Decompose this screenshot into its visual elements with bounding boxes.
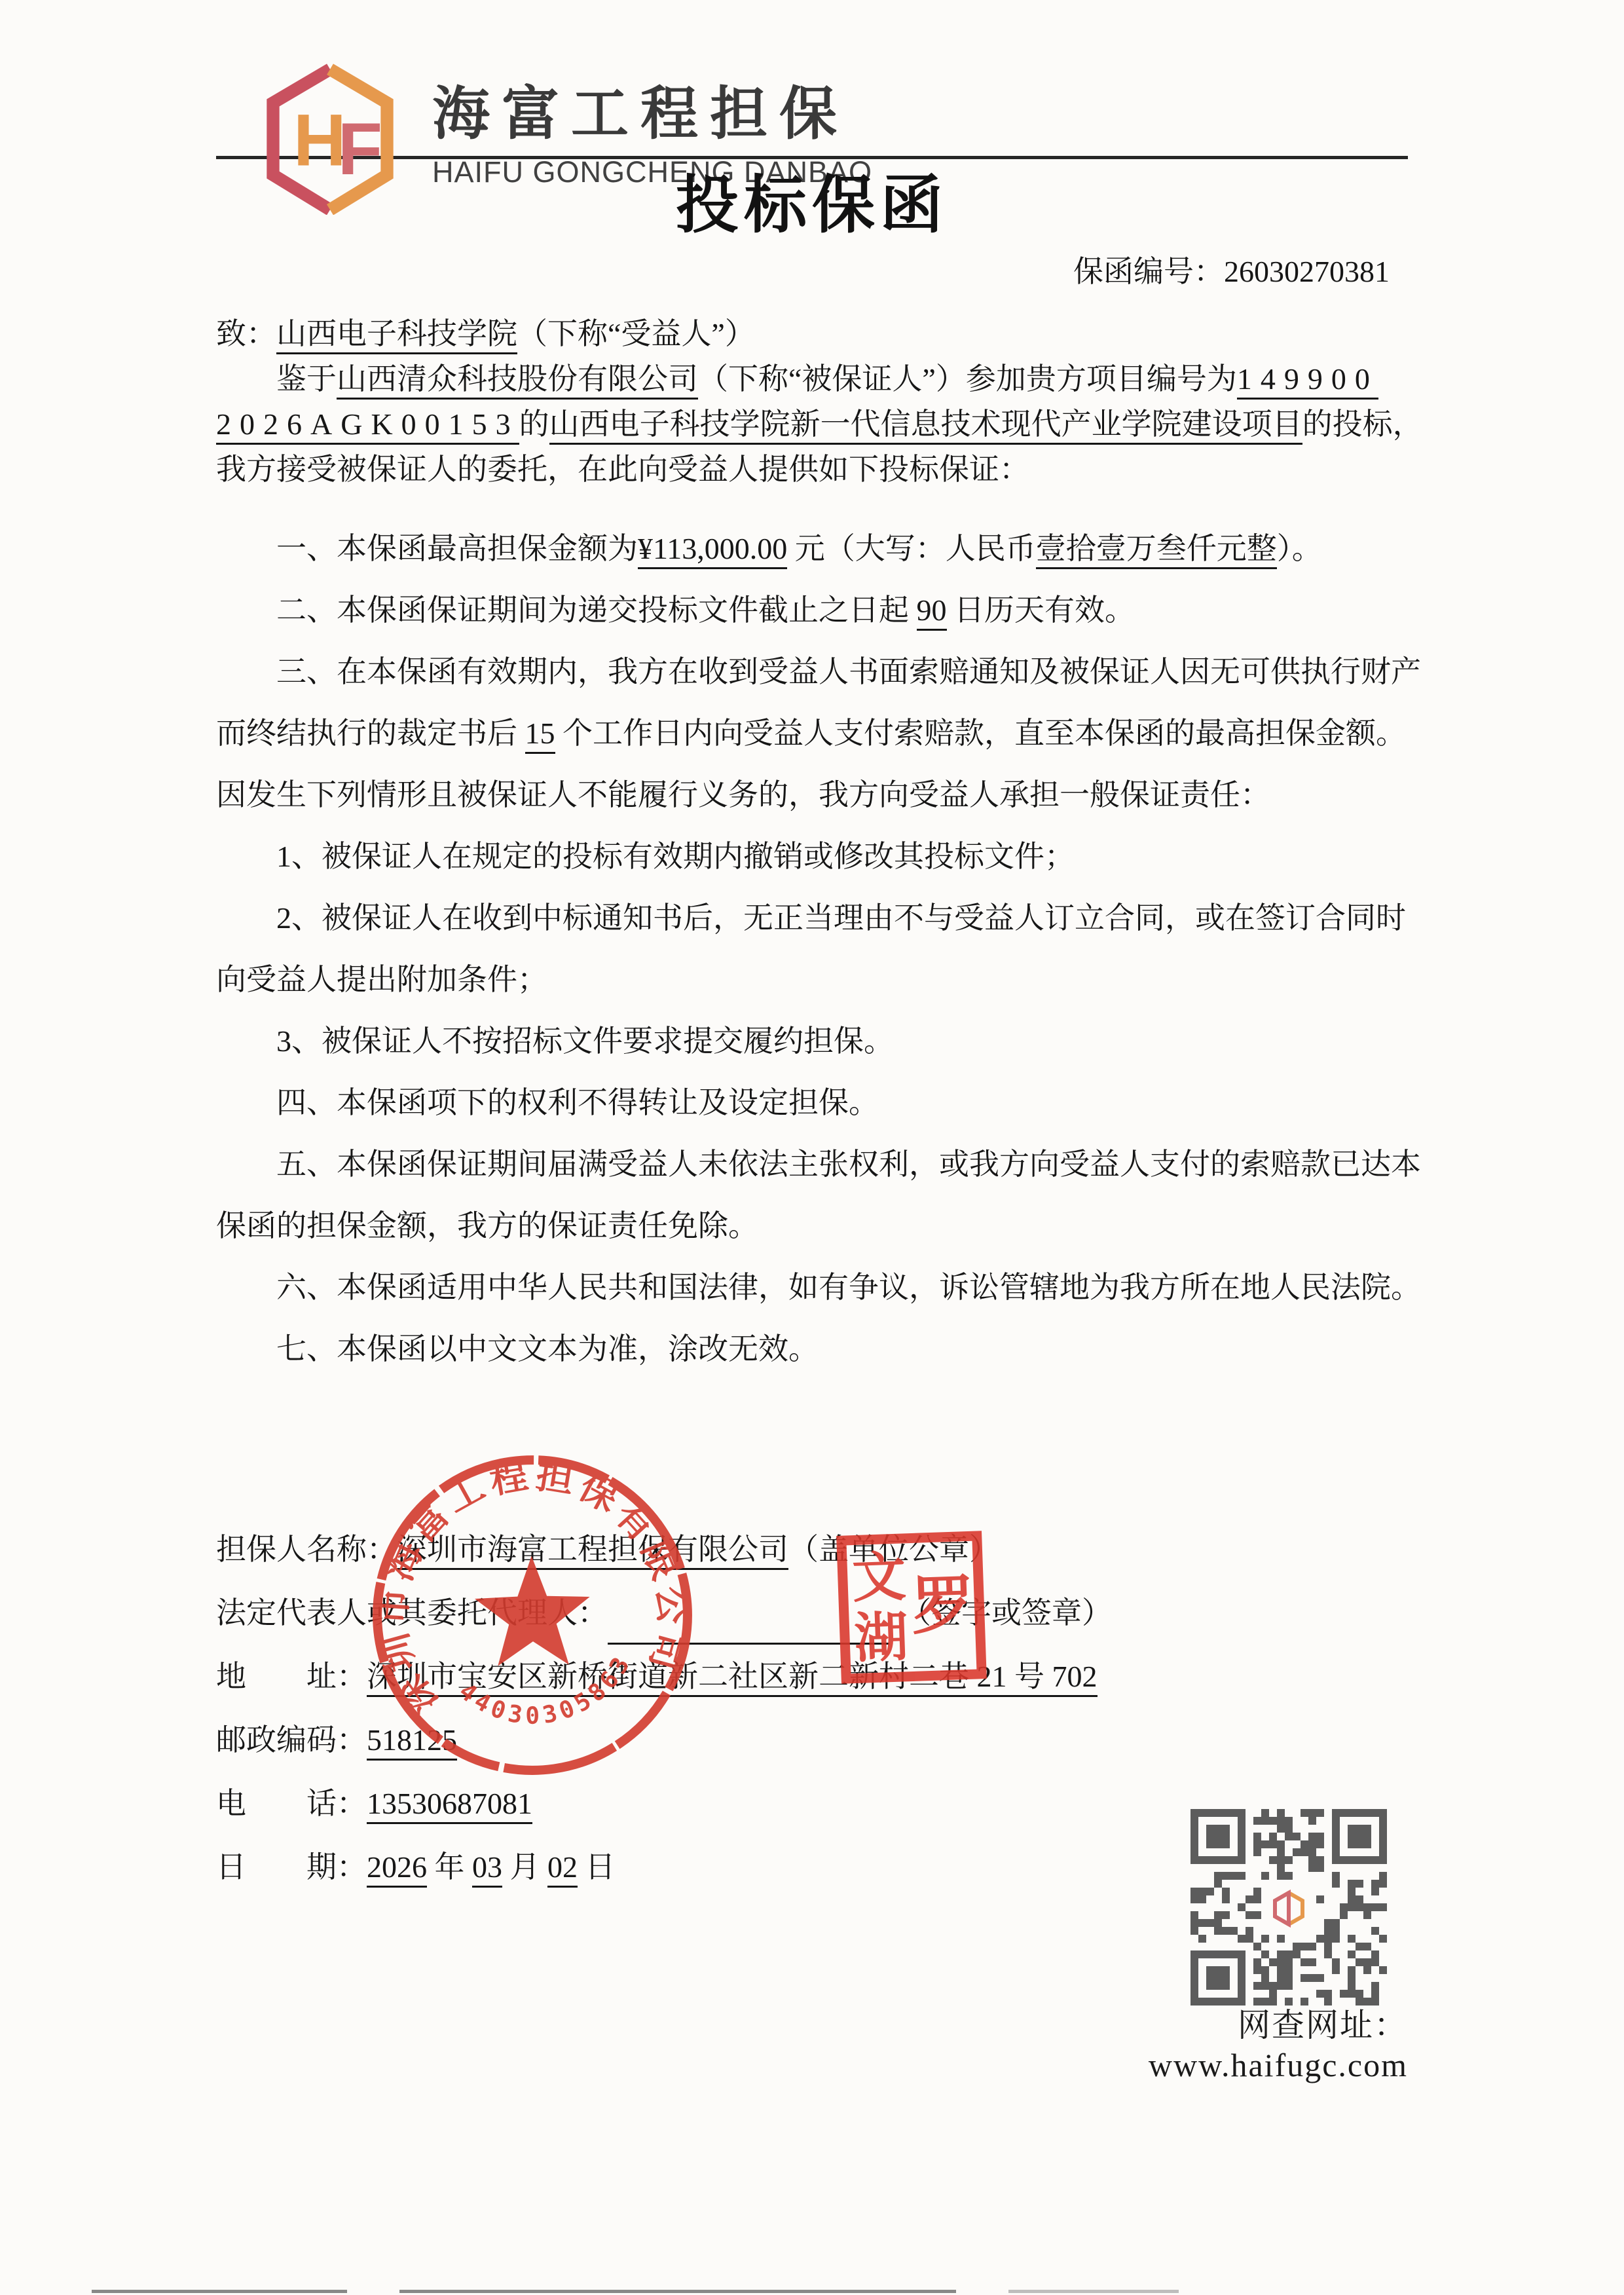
company-round-seal: 深圳市海富工程担保有限公司 44030305863 bbox=[339, 1422, 726, 1808]
document-line: 向受益人提出附加条件； bbox=[216, 949, 1408, 1011]
filled-in-value: 山西清众科技股份有限公司 bbox=[337, 362, 698, 400]
static-text: 四、本保函项下的权利不得转让及设定担保。 bbox=[276, 1086, 879, 1119]
static-text: 致： bbox=[216, 317, 276, 350]
static-text: 的投标， bbox=[1302, 407, 1423, 441]
static-text: 月 bbox=[502, 1850, 547, 1884]
logo-letter-f: F bbox=[338, 107, 383, 190]
filled-in-value: 02 bbox=[547, 1850, 578, 1888]
static-text: ）。 bbox=[1277, 532, 1322, 565]
field-label: 日 期： bbox=[216, 1850, 367, 1884]
field-label: 邮政编码： bbox=[216, 1723, 367, 1757]
seal-char: 湖 bbox=[853, 1611, 909, 1666]
static-text: 2、被保证人在收到中标通知书后，无正当理由不与受益人订立合同，或在签订合同时 bbox=[276, 901, 1406, 935]
static-text: 个工作日内向受益人支付索赔款，直至本保函的最高担保金额。 bbox=[555, 717, 1407, 750]
letterhead: H F 海富工程担保 HAIFU GONGCHENG DANBAO bbox=[254, 0, 1408, 156]
document-line: 2026AGK00153的山西电子科技学院新一代信息技术现代产业学院建设项目的投… bbox=[216, 401, 1408, 447]
filled-in-value: 15 bbox=[525, 717, 555, 754]
filled-in-value: 03 bbox=[472, 1850, 502, 1888]
document-line: 1、被保证人在规定的投标有效期内撤销或修改其投标文件； bbox=[216, 826, 1408, 887]
static-text: 的 bbox=[519, 407, 549, 441]
scan-edge-artifact bbox=[92, 2290, 347, 2293]
static-text: 保函的担保金额，我方的保证责任免除。 bbox=[216, 1209, 758, 1242]
static-text: 日 bbox=[578, 1850, 616, 1884]
seal-serial-number: 44030305863 bbox=[450, 1645, 644, 1741]
filled-in-value: 壹拾壹万叁仟元整 bbox=[1036, 532, 1277, 569]
guarantee-number: 保函编号：26030270381 bbox=[216, 253, 1408, 290]
seal-char-column-right: 罗 bbox=[910, 1541, 977, 1671]
document-line: 一、本保函最高担保金额为¥113,000.00 元（大写：人民币壹拾壹万叁仟元整… bbox=[216, 518, 1408, 580]
filled-in-value: 2026AGK00153 bbox=[216, 407, 519, 445]
static-text: 而终结执行的裁定书后 bbox=[216, 717, 525, 750]
static-text: 元（大写：人民币 bbox=[787, 532, 1036, 565]
document-line: 因发生下列情形且被保证人不能履行义务的，我方向受益人承担一般保证责任： bbox=[216, 764, 1408, 826]
static-text: 1、被保证人在规定的投标有效期内撤销或修改其投标文件； bbox=[276, 840, 1075, 873]
static-text: 五、本保函保证期间届满受益人未依法主张权利，或我方向受益人支付的索赔款已达本 bbox=[276, 1147, 1421, 1181]
document-line: 五、本保函保证期间届满受益人未依法主张权利，或我方向受益人支付的索赔款已达本 bbox=[216, 1134, 1408, 1195]
filled-in-value: ¥113,000.00 bbox=[638, 532, 787, 569]
static-text: 向受益人提出附加条件； bbox=[216, 963, 547, 996]
document-line: 而终结执行的裁定书后 15 个工作日内向受益人支付索赔款，直至本保函的最高担保金… bbox=[216, 703, 1408, 764]
document-line: 我方接受被保证人的委托，在此向受益人提供如下投标保证： bbox=[216, 447, 1408, 492]
field-label: 地 址： bbox=[216, 1660, 367, 1693]
document-line: 三、在本保函有效期内，我方在收到受益人书面索赔通知及被保证人因无可供执行财产 bbox=[216, 641, 1408, 703]
static-text: 3、被保证人不按招标文件要求提交履约担保。 bbox=[276, 1024, 894, 1058]
scan-edge-artifact bbox=[1008, 2290, 1179, 2293]
signature-name-seal: 罗 文 湖 bbox=[836, 1531, 987, 1684]
filled-in-value: 2026 bbox=[367, 1850, 427, 1888]
document-line: 六、本保函适用中华人民共和国法律，如有争议，诉讼管辖地为我方所在地人民法院。 bbox=[216, 1257, 1408, 1318]
seal-star-icon bbox=[474, 1555, 591, 1666]
static-text: 六、本保函适用中华人民共和国法律，如有争议，诉讼管辖地为我方所在地人民法院。 bbox=[276, 1271, 1421, 1304]
document-line: 保函的担保金额，我方的保证责任免除。 bbox=[216, 1195, 1408, 1257]
qr-code-image bbox=[1190, 1809, 1387, 2006]
haifu-hexagon-logo-icon: H F bbox=[254, 63, 406, 215]
static-text: 年 bbox=[427, 1850, 472, 1884]
verification-url: 网查网址：www.haifugc.com bbox=[982, 1999, 1408, 2084]
document-line: 鉴于山西清众科技股份有限公司（下称“被保证人”）参加贵方项目编号为149900 bbox=[216, 356, 1408, 401]
static-text: 我方接受被保证人的委托，在此向受益人提供如下投标保证： bbox=[216, 453, 1029, 486]
document-line: 3、被保证人不按招标文件要求提交履约担保。 bbox=[216, 1011, 1408, 1072]
document-line: 2、被保证人在收到中标通知书后，无正当理由不与受益人订立合同，或在签订合同时 bbox=[216, 887, 1408, 949]
static-text: 因发生下列情形且被保证人不能履行义务的，我方向受益人承担一般保证责任： bbox=[216, 778, 1270, 812]
document-content: H F 海富工程担保 HAIFU GONGCHENG DANBAO 投标保函 保… bbox=[0, 0, 1624, 1899]
seal-char-column-left: 文 湖 bbox=[847, 1543, 914, 1673]
qr-code bbox=[1190, 1809, 1387, 2006]
svg-text:44030305863: 44030305863 bbox=[450, 1645, 644, 1741]
filled-in-value: 山西电子科技学院新一代信息技术现代产业学院建设项目 bbox=[549, 407, 1302, 445]
intro-paragraphs: 致：山西电子科技学院（下称“受益人”）鉴于山西清众科技股份有限公司（下称“被保证… bbox=[216, 311, 1408, 492]
document-line: 二、本保函保证期间为递交投标文件截止之日起 90 日历天有效。 bbox=[216, 580, 1408, 641]
filled-in-value: 149900 bbox=[1237, 362, 1378, 400]
static-text: 一、本保函最高担保金额为 bbox=[276, 532, 638, 565]
filled-in-value: 山西电子科技学院 bbox=[276, 317, 517, 354]
static-text: （下称“被保证人”）参加贵方项目编号为 bbox=[698, 362, 1237, 396]
brand-name-cn: 海富工程担保 bbox=[432, 83, 872, 146]
static-text: 鉴于 bbox=[276, 362, 337, 396]
filled-in-value: 90 bbox=[917, 593, 947, 631]
static-text: 二、本保函保证期间为递交投标文件截止之日起 bbox=[276, 593, 917, 627]
document-line: 四、本保函项下的权利不得转让及设定担保。 bbox=[216, 1072, 1408, 1134]
scanned-document-page: H F 海富工程担保 HAIFU GONGCHENG DANBAO 投标保函 保… bbox=[0, 0, 1624, 2295]
document-line: 七、本保函以中文文本为准，涂改无效。 bbox=[216, 1318, 1408, 1380]
static-text: 七、本保函以中文文本为准，涂改无效。 bbox=[276, 1332, 819, 1366]
field-label: 电 话： bbox=[216, 1787, 367, 1820]
document-line: 致：山西电子科技学院（下称“受益人”） bbox=[216, 311, 1408, 356]
static-text: 三、在本保函有效期内，我方在收到受益人书面索赔通知及被保证人因无可供执行财产 bbox=[276, 655, 1421, 688]
seal-char: 罗 bbox=[910, 1574, 975, 1639]
scan-edge-artifact bbox=[399, 2290, 956, 2293]
static-text: 日历天有效。 bbox=[947, 593, 1135, 627]
seal-char: 文 bbox=[851, 1550, 907, 1606]
static-text: （下称“受益人”） bbox=[517, 317, 755, 350]
clause-paragraphs: 一、本保函最高担保金额为¥113,000.00 元（大写：人民币壹拾壹万叁仟元整… bbox=[216, 518, 1408, 1380]
